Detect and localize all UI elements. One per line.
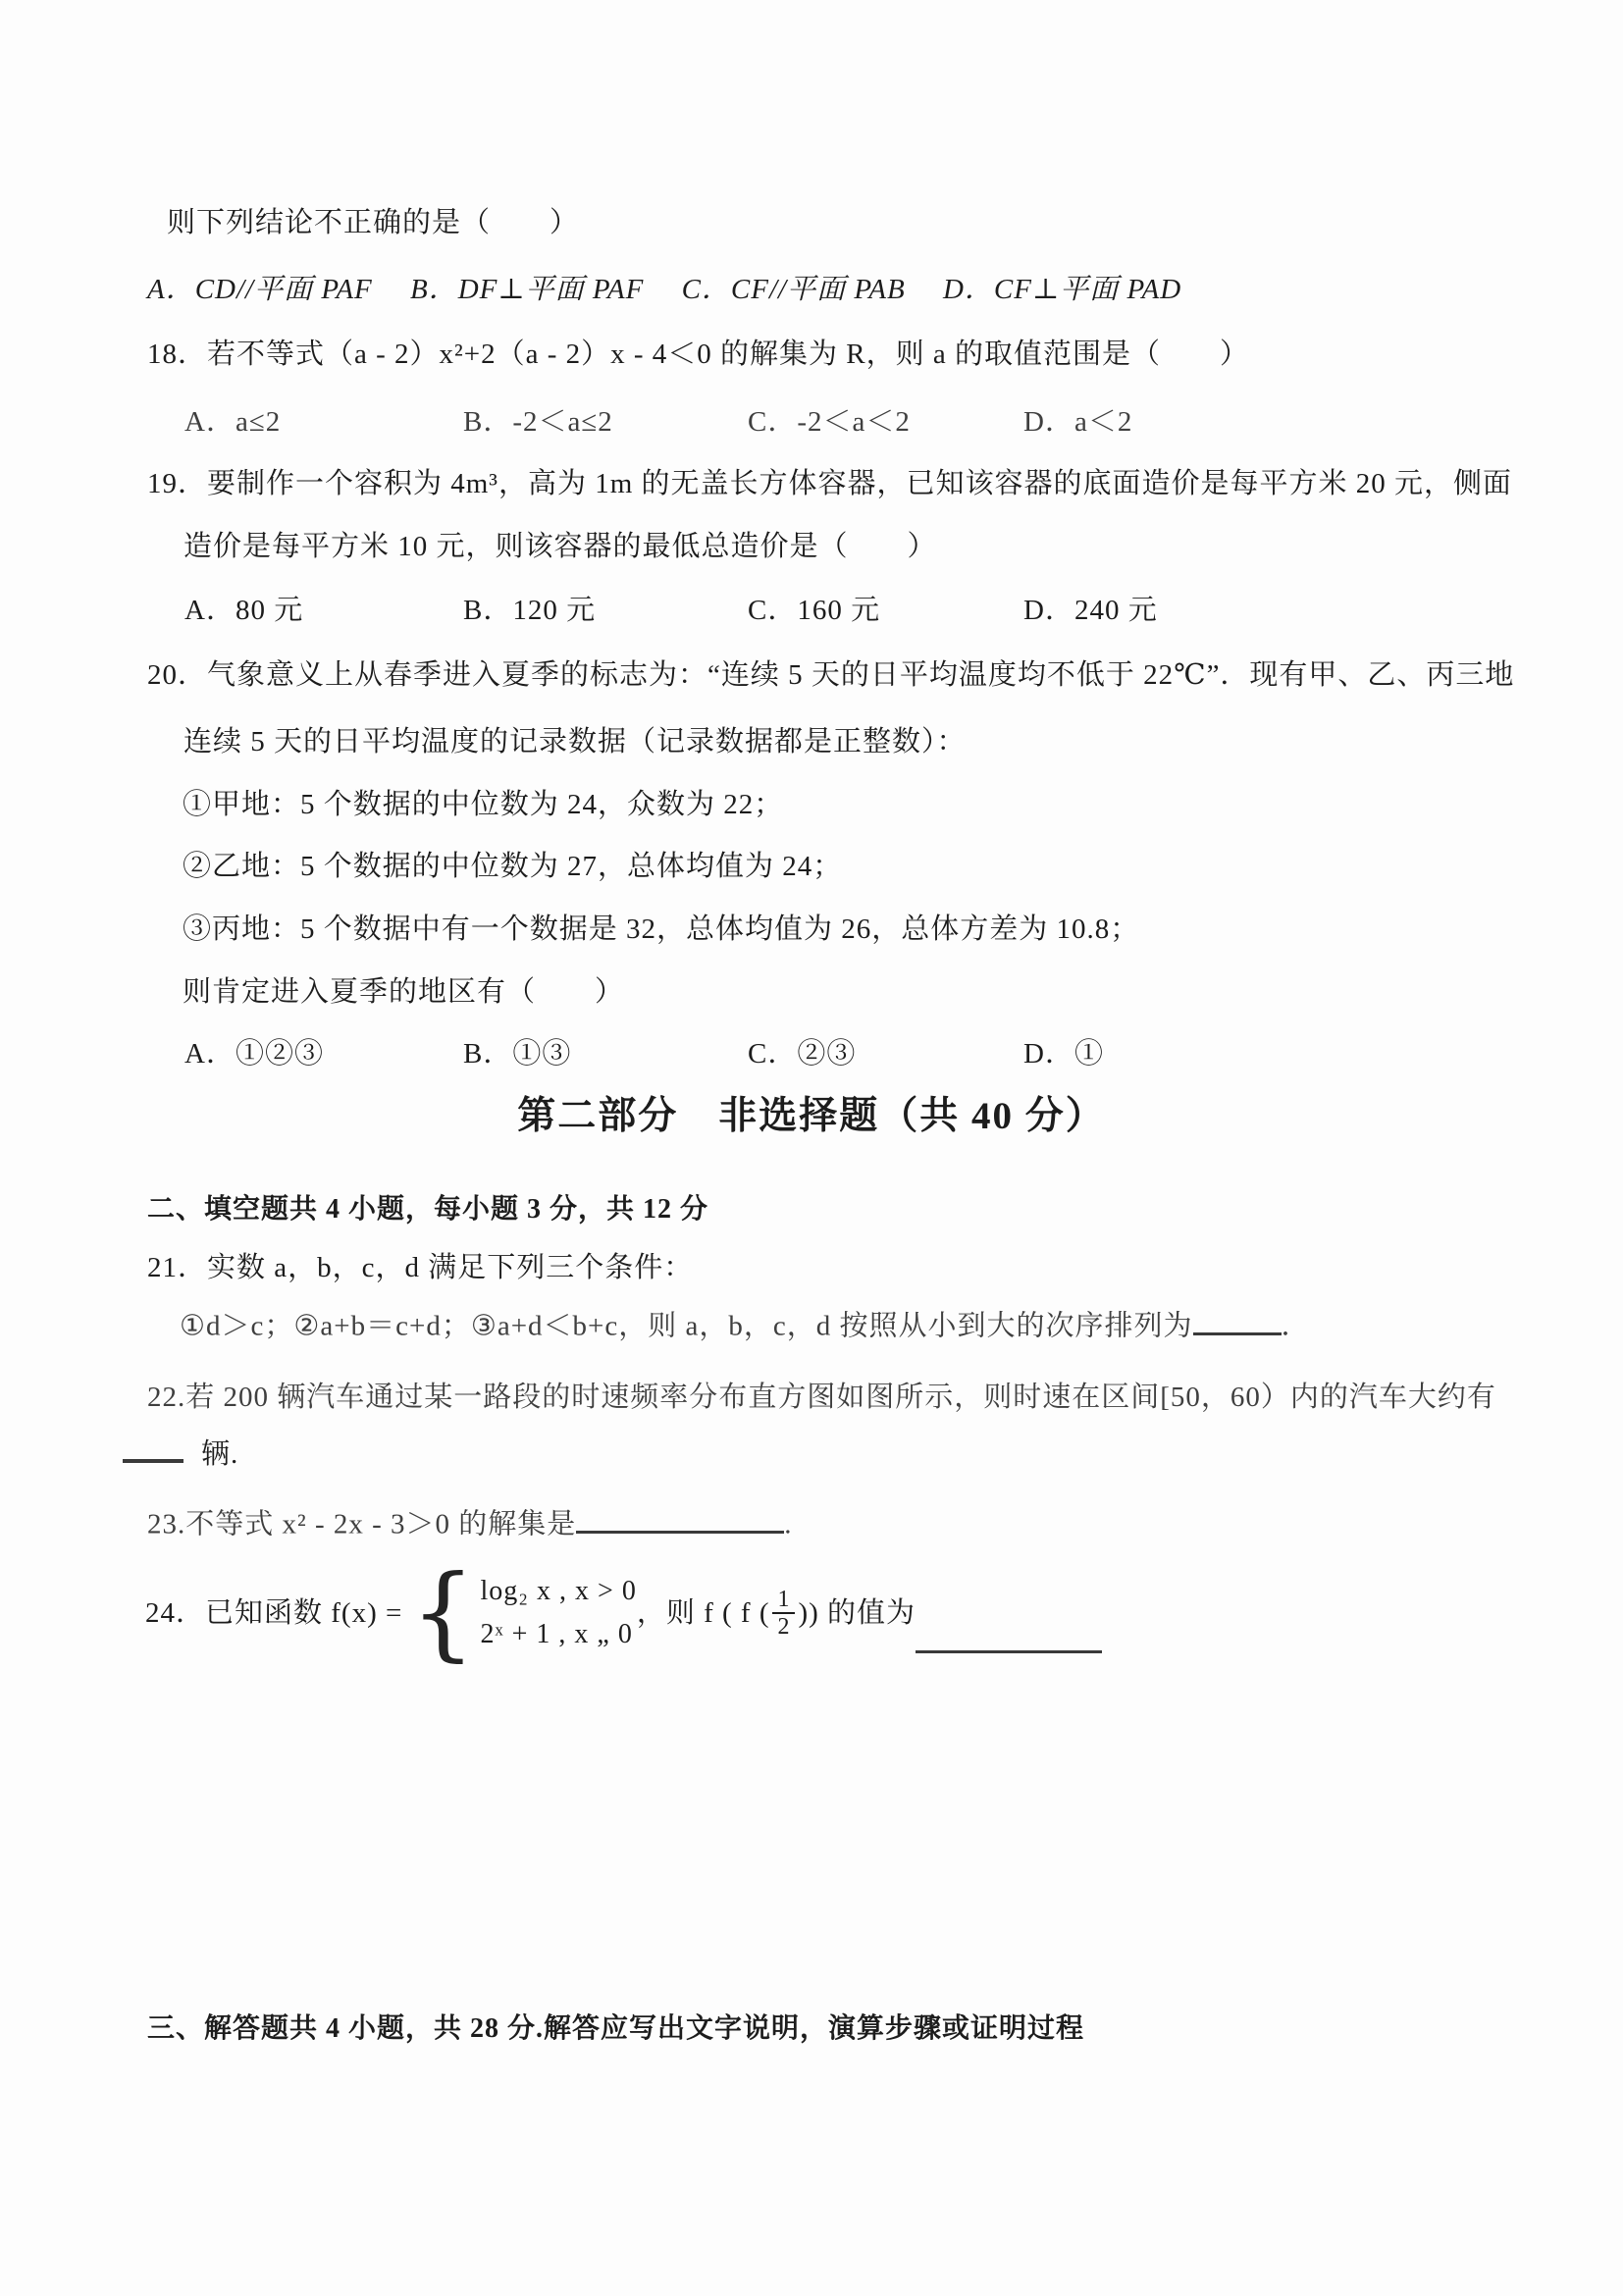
q23-text: 23.不等式 x² - 2x - 3＞0 的解集是 <box>147 1509 576 1540</box>
q23-answer-blank <box>576 1503 784 1534</box>
question-19-line2: 造价是每平方米 10 元，则该容器的最低总造价是（ ） <box>183 527 937 566</box>
question-20-options: A．①②③ B．①③ C．②③ D．① <box>184 1034 1505 1073</box>
q24-fraction: 1 2 <box>772 1587 795 1640</box>
q21-answer-blank <box>1193 1305 1282 1335</box>
question-20-line2: 连续 5 天的日平均温度的记录数据（记录数据都是正整数）： <box>183 722 967 761</box>
question-18-stem: 18．若不等式（a - 2）x²+2（a - 2）x - 4＜0 的解集为 R，… <box>147 335 1249 374</box>
question-19-options: A．80 元 B．120 元 C．160 元 D．240 元 <box>184 591 1505 630</box>
fraction-denominator: 2 <box>772 1614 795 1640</box>
q19-option-c: C．160 元 <box>748 591 1023 630</box>
q20-option-c: C．②③ <box>748 1034 1023 1073</box>
question-20-item3: ③丙地：5 个数据中有一个数据是 32，总体均值为 26，总体方差为 10.8； <box>183 910 1139 949</box>
q24-case-2: 2ˣ + 1 , x „ 0 <box>481 1620 637 1649</box>
question-20-item1: ①甲地：5 个数据的中位数为 24，众数为 22； <box>183 785 783 824</box>
q18-option-a: A．a≤2 <box>184 402 463 442</box>
q24-case-1: log₂ x , x > 0 <box>481 1577 637 1606</box>
q21-line2-text: ①d＞c；②a+b＝c+d；③a+d＜b+c，则 a，b，c，d 按照从小到大的… <box>180 1311 1193 1342</box>
q23-tail: . <box>784 1509 792 1540</box>
q21-line2-tail: ． <box>1282 1311 1311 1342</box>
question-23-line: 23.不等式 x² - 2x - 3＞0 的解集是. <box>147 1503 793 1544</box>
question-22-line2: 辆. <box>123 1435 238 1474</box>
q22-answer-blank <box>123 1436 183 1463</box>
q19-option-d: D．240 元 <box>1023 591 1505 630</box>
question-19-line1: 19．要制作一个容积为 4m³，高为 1m 的无盖长方体容器，已知该容器的底面造… <box>147 464 1512 503</box>
q20-option-b: B．①③ <box>463 1034 748 1073</box>
question-22-line1: 22.若 200 辆汽车通过某一路段的时速频率分布直方图如图所示，则时速在区间[… <box>147 1378 1496 1417</box>
question-20-item2: ②乙地：5 个数据的中位数为 27，总体均值为 24； <box>183 847 842 886</box>
q24-piecewise-cases: log₂ x , x > 0 2ˣ + 1 , x „ 0 <box>481 1577 637 1649</box>
question-21-line2: ①d＞c；②a+b＝c+d；③a+d＜b+c，则 a，b，c，d 按照从小到大的… <box>180 1305 1311 1346</box>
q24-mid: ，则 f ( f ( <box>637 1593 770 1633</box>
section2-heading: 二、填空题共 4 小题，每小题 3 分，共 12 分 <box>147 1190 708 1229</box>
question-17-stem: 则下列结论不正确的是（ ） <box>167 203 579 242</box>
fraction-numerator: 1 <box>772 1587 795 1614</box>
part2-heading: 第二部分 非选择题（共 40 分） <box>0 1097 1623 1136</box>
question-18-options: A．a≤2 B．-2＜a≤2 C．-2＜a＜2 D．a＜2 <box>184 402 1505 442</box>
q19-option-a: A．80 元 <box>184 591 463 630</box>
q19-option-b: B．120 元 <box>463 591 748 630</box>
q24-suffix: )) 的值为 <box>798 1593 916 1633</box>
q22-unit: 辆. <box>201 1438 238 1470</box>
q20-option-d: D．① <box>1023 1034 1505 1073</box>
exam-page: 则下列结论不正确的是（ ） A．CD//平面 PAF B．DF⊥平面 PAF C… <box>0 0 1623 2296</box>
left-brace-symbol: { <box>410 1567 476 1659</box>
q24-prefix: 24．已知函数 f(x) = <box>145 1593 402 1633</box>
q18-option-b: B．-2＜a≤2 <box>463 402 748 442</box>
question-20-tail: 则肯定进入夏季的地区有（ ） <box>183 972 624 1012</box>
section3-heading: 三、解答题共 4 小题，共 28 分.解答应写出文字说明，演算步骤或证明过程 <box>147 2009 1084 2049</box>
q18-option-c: C．-2＜a＜2 <box>748 402 1023 442</box>
question-21-line1: 21．实数 a，b，c，d 满足下列三个条件： <box>147 1248 693 1287</box>
q20-option-a: A．①②③ <box>184 1034 463 1073</box>
question-20-line1: 20．气象意义上从春季进入夏季的标志为：“连续 5 天的日平均温度均不低于 22… <box>147 655 1514 695</box>
question-24-line: 24．已知函数 f(x) = { log₂ x , x > 0 2ˣ + 1 ,… <box>145 1555 1102 1671</box>
q18-option-d: D．a＜2 <box>1023 402 1505 442</box>
q24-answer-blank <box>916 1624 1102 1654</box>
question-17-options: A．CD//平面 PAF B．DF⊥平面 PAF C．CF//平面 PAB D．… <box>147 270 1181 309</box>
